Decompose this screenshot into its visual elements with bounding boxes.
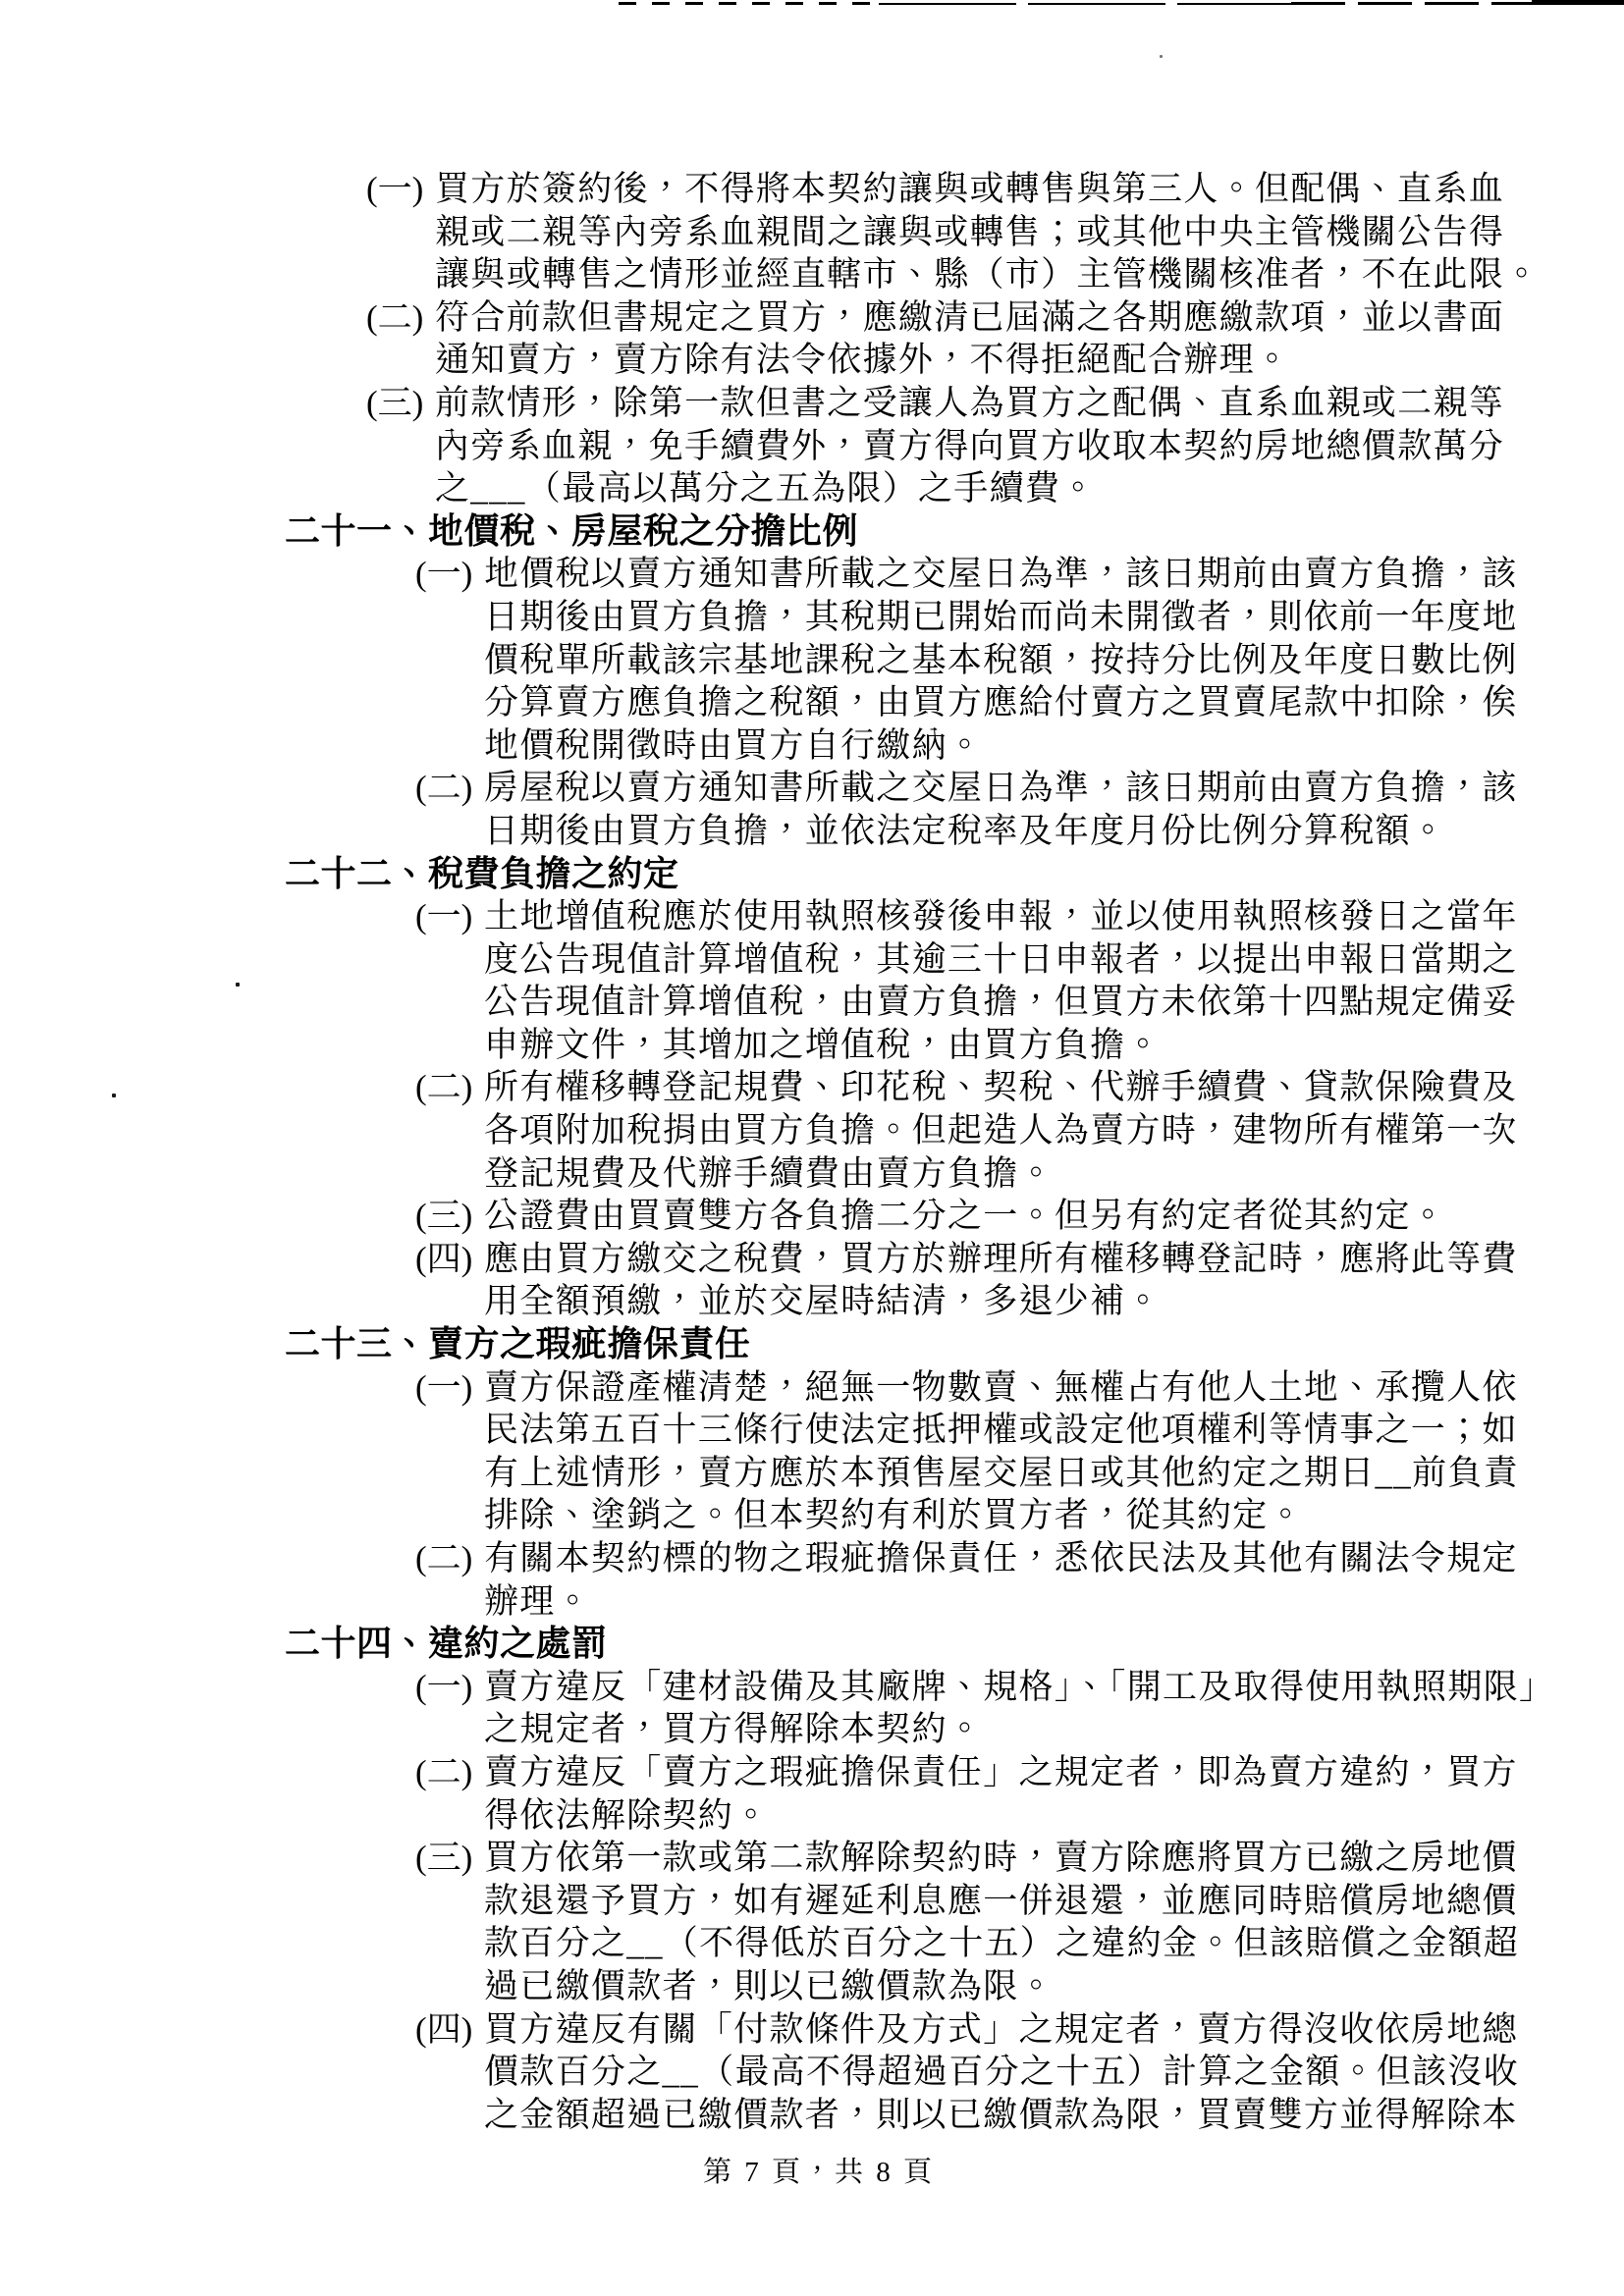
text-line: 買方於簽約後，不得將本契約讓與或轉售與第三人。但配偶、直系血 <box>435 168 1540 211</box>
text-line: 價稅單所載該宗基地課稅之基本稅額，按持分比例及年度日數比例 <box>484 639 1518 682</box>
item-label: (三) <box>415 1837 484 1880</box>
item-label: (二) <box>415 1066 484 1109</box>
text-line: 排除、塗銷之。但本契約有利於買方者，從其約定。 <box>484 1494 1519 1537</box>
text-line: 土地增值稅應於使用執照核發後申報，並以使用執照核發日之當年 <box>484 895 1518 938</box>
item-label: (二) <box>415 767 484 810</box>
item-lines: 土地增值稅應於使用執照核發後申報，並以使用執照核發日之當年度公告現值計算增值稅，… <box>484 895 1518 1066</box>
item-lines: 公證費由買賣雙方各負擔二分之一。但另有約定者從其約定。 <box>484 1195 1446 1238</box>
text-line: 讓與或轉售之情形並經直轄市、縣（市）主管機關核准者，不在此限。 <box>435 253 1540 296</box>
contract-item: (三)前款情形，除第一款但書之受讓人為買方之配偶、直系血親或二親等內旁系血親，免… <box>366 382 1624 510</box>
item-label: (一) <box>415 1366 484 1410</box>
text-line: 親或二親等內旁系血親間之讓與或轉售；或其他中央主管機關公告得 <box>435 211 1540 254</box>
section-heading: 二十三、賣方之瑕疵擔保責任 <box>285 1323 1624 1366</box>
contract-item: (一)賣方違反「建材設備及其廠牌、規格」、「開工及取得使用執照期限」之規定者，買… <box>415 1666 1624 1751</box>
section-heading: 二十一、地價稅、房屋稅之分擔比例 <box>285 510 1624 554</box>
text-line: 之___（最高以萬分之五為限）之手續費。 <box>435 467 1504 510</box>
text-line: 賣方保證產權清楚，絕無一物數賣、無權占有他人土地、承攬人依 <box>484 1366 1519 1410</box>
text-line: 賣方違反「賣方之瑕疵擔保責任」之規定者，即為賣方違約，買方 <box>484 1751 1518 1794</box>
item-label: (四) <box>415 2008 484 2052</box>
item-label: (一) <box>415 895 484 938</box>
text-line: 內旁系血親，免手續費外，賣方得向買方收取本契約房地總價款萬分 <box>435 425 1504 468</box>
contract-item: (一)土地增值稅應於使用執照核發後申報，並以使用執照核發日之當年度公告現值計算增… <box>415 895 1624 1066</box>
scan-artifact-top-dashes <box>619 2 879 5</box>
text-line: 民法第五百十三條行使法定抵押權或設定他項權利等情事之一；如 <box>484 1409 1519 1452</box>
item-lines: 賣方違反「賣方之瑕疵擔保責任」之規定者，即為賣方違約，買方得依法解除契約。 <box>484 1751 1518 1837</box>
text-line: 通知賣方，賣方除有法令依據外，不得拒絕配合辦理。 <box>435 339 1504 382</box>
contract-section: 二十一、地價稅、房屋稅之分擔比例(一)地價稅以賣方通知書所載之交屋日為準，該日期… <box>0 510 1624 853</box>
text-line: 應由買方繳交之稅費，買方於辦理所有權移轉登記時，應將此等費 <box>484 1238 1518 1281</box>
text-line: 款退還予買方，如有遲延利息應一併退還，並應同時賠償房地總價 <box>484 1880 1519 1923</box>
item-lines: 房屋稅以賣方通知書所載之交屋日為準，該日期前由賣方負擔，該日期後由買方負擔，並依… <box>484 767 1518 852</box>
item-lines: 有關本契約標的物之瑕疵擔保責任，悉依民法及其他有關法令規定辦理。 <box>484 1537 1518 1623</box>
contract-item: (二)符合前款但書規定之買方，應繳清已屆滿之各期應繳款項，並以書面通知賣方，賣方… <box>366 296 1624 382</box>
text-line: 款百分之__（不得低於百分之十五）之違約金。但該賠償之金額超 <box>484 1922 1519 1965</box>
item-label: (一) <box>366 168 435 211</box>
text-line: 買方違反有關「付款條件及方式」之規定者，賣方得沒收依房地總 <box>484 2008 1519 2052</box>
contract-page: (一)買方於簽約後，不得將本契約讓與或轉售與第三人。但配偶、直系血親或二親等內旁… <box>0 0 1624 2296</box>
text-line: 申辦文件，其增加之增值稅，由買方負擔。 <box>484 1024 1518 1067</box>
text-line: 買方依第一款或第二款解除契約時，賣方除應將買方已繳之房地價 <box>484 1837 1519 1880</box>
contract-section: 二十四、違約之處罰(一)賣方違反「建材設備及其廠牌、規格」、「開工及取得使用執照… <box>0 1623 1624 2136</box>
text-line: 過已繳價款者，則以已繳價款為限。 <box>484 1965 1519 2008</box>
text-line: 價款百分之__（最高不得超過百分之十五）計算之金額。但該沒收 <box>484 2051 1519 2094</box>
text-line: 賣方違反「建材設備及其廠牌、規格」、「開工及取得使用執照期限」 <box>484 1666 1554 1709</box>
text-line: 之金額超過已繳價款者，則以已繳價款為限，買賣雙方並得解除本 <box>484 2094 1519 2137</box>
text-line: 有關本契約標的物之瑕疵擔保責任，悉依民法及其他有關法令規定 <box>484 1537 1518 1580</box>
section-heading: 二十二、稅費負擔之約定 <box>285 853 1624 896</box>
item-label: (二) <box>415 1537 484 1580</box>
text-line: 地價稅以賣方通知書所載之交屋日為準，該日期前由賣方負擔，該 <box>484 553 1518 596</box>
contract-item: (二)房屋稅以賣方通知書所載之交屋日為準，該日期前由賣方負擔，該日期後由買方負擔… <box>415 767 1624 852</box>
contract-item: (三)買方依第一款或第二款解除契約時，賣方除應將買方已繳之房地價款退還予買方，如… <box>415 1837 1624 2007</box>
item-label: (二) <box>415 1751 484 1794</box>
item-label: (四) <box>415 1238 484 1281</box>
text-line: 登記規費及代辦手續費由賣方負擔。 <box>484 1152 1518 1196</box>
item-lines: 地價稅以賣方通知書所載之交屋日為準，該日期前由賣方負擔，該日期後由買方負擔，其稅… <box>484 553 1518 767</box>
text-line: 度公告現值計算增值稅，其逾三十日申報者，以提出申報日當期之 <box>484 938 1518 982</box>
text-line: 房屋稅以賣方通知書所載之交屋日為準，該日期前由賣方負擔，該 <box>484 767 1518 810</box>
contract-item: (一)賣方保證產權清楚，絕無一物數賣、無權占有他人土地、承攬人依民法第五百十三條… <box>415 1366 1624 1537</box>
contract-item: (二)有關本契約標的物之瑕疵擔保責任，悉依民法及其他有關法令規定辦理。 <box>415 1537 1624 1623</box>
item-lines: 前款情形，除第一款但書之受讓人為買方之配偶、直系血親或二親等內旁系血親，免手續費… <box>435 382 1504 510</box>
contract-item: (四)應由買方繳交之稅費，買方於辦理所有權移轉登記時，應將此等費用全額預繳，並於… <box>415 1238 1624 1323</box>
item-lines: 買方依第一款或第二款解除契約時，賣方除應將買方已繳之房地價款退還予買方，如有遲延… <box>484 1837 1519 2007</box>
text-line: 日期後由買方負擔，其稅期已開始而尚未開徵者，則依前一年度地 <box>484 596 1518 639</box>
item-label: (一) <box>415 553 484 596</box>
text-line: 之規定者，買方得解除本契約。 <box>484 1708 1554 1751</box>
text-line: 用全額預繳，並於交屋時結清，多退少補。 <box>484 1280 1518 1323</box>
item-label: (二) <box>366 296 435 340</box>
text-line: 得依法解除契約。 <box>484 1794 1518 1838</box>
contract-item: (一)買方於簽約後，不得將本契約讓與或轉售與第三人。但配偶、直系血親或二親等內旁… <box>366 168 1624 296</box>
scan-artifact-top-line <box>879 3 1291 5</box>
item-label: (一) <box>415 1666 484 1709</box>
text-line: 公證費由買賣雙方各負擔二分之一。但另有約定者從其約定。 <box>484 1195 1446 1238</box>
text-line: 地價稅開徵時由買方自行繳納。 <box>484 724 1518 768</box>
item-lines: 買方於簽約後，不得將本契約讓與或轉售與第三人。但配偶、直系血親或二親等內旁系血親… <box>435 168 1540 296</box>
contract-item: (二)所有權移轉登記規費、印花稅、契稅、代辦手續費、貸款保險費及各項附加稅捐由買… <box>415 1066 1624 1195</box>
text-line: 符合前款但書規定之買方，應繳清已屆滿之各期應繳款項，並以書面 <box>435 296 1504 340</box>
contract-item: (三)公證費由買賣雙方各負擔二分之一。但另有約定者從其約定。 <box>415 1195 1624 1238</box>
text-line: 有上述情形，賣方應於本預售屋交屋日或其他約定之期日__前負責 <box>484 1452 1519 1495</box>
text-line: 各項附加稅捐由買方負擔。但起造人為賣方時，建物所有權第一次 <box>484 1109 1518 1152</box>
section-heading: 二十四、違約之處罰 <box>285 1623 1624 1666</box>
text-line: 日期後由買方負擔，並依法定稅率及年度月份比例分算稅額。 <box>484 810 1518 853</box>
contract-section: 二十三、賣方之瑕疵擔保責任(一)賣方保證產權清楚，絕無一物數賣、無權占有他人土地… <box>0 1323 1624 1623</box>
text-line: 分算賣方應負擔之稅額，由買方應給付賣方之買賣尾款中扣除，俟 <box>484 681 1518 724</box>
contract-item: (二)賣方違反「賣方之瑕疵擔保責任」之規定者，即為賣方違約，買方得依法解除契約。 <box>415 1751 1624 1837</box>
item-lines: 符合前款但書規定之買方，應繳清已屆滿之各期應繳款項，並以書面通知賣方，賣方除有法… <box>435 296 1504 382</box>
contract-section: (一)買方於簽約後，不得將本契約讓與或轉售與第三人。但配偶、直系血親或二親等內旁… <box>0 168 1624 510</box>
scan-speck <box>1160 55 1163 58</box>
contract-body: (一)買方於簽約後，不得將本契約讓與或轉售與第三人。但配偶、直系血親或二親等內旁… <box>0 168 1624 2136</box>
item-lines: 賣方違反「建材設備及其廠牌、規格」、「開工及取得使用執照期限」之規定者，買方得解… <box>484 1666 1554 1751</box>
item-lines: 買方違反有關「付款條件及方式」之規定者，賣方得沒收依房地總價款百分之__（最高不… <box>484 2008 1519 2137</box>
item-lines: 應由買方繳交之稅費，買方於辦理所有權移轉登記時，應將此等費用全額預繳，並於交屋時… <box>484 1238 1518 1323</box>
text-line: 所有權移轉登記規費、印花稅、契稅、代辦手續費、貸款保險費及 <box>484 1066 1518 1109</box>
page-footer: 第 7 頁，共 8 頁 <box>703 2150 935 2190</box>
contract-item: (一)地價稅以賣方通知書所載之交屋日為準，該日期前由賣方負擔，該日期後由買方負擔… <box>415 553 1624 767</box>
item-lines: 所有權移轉登記規費、印花稅、契稅、代辦手續費、貸款保險費及各項附加稅捐由買方負擔… <box>484 1066 1518 1195</box>
text-line: 前款情形，除第一款但書之受讓人為買方之配偶、直系血親或二親等 <box>435 382 1504 425</box>
item-label: (三) <box>415 1195 484 1238</box>
text-line: 辦理。 <box>484 1580 1518 1624</box>
item-label: (三) <box>366 382 435 425</box>
text-line: 公告現值計算增值稅，由賣方負擔，但買方未依第十四點規定備妥 <box>484 981 1518 1024</box>
scan-artifact-top-corner <box>1532 0 1624 5</box>
contract-section: 二十二、稅費負擔之約定(一)土地增值稅應於使用執照核發後申報，並以使用執照核發日… <box>0 853 1624 1324</box>
item-lines: 賣方保證產權清楚，絕無一物數賣、無權占有他人土地、承攬人依民法第五百十三條行使法… <box>484 1366 1519 1537</box>
contract-item: (四)買方違反有關「付款條件及方式」之規定者，賣方得沒收依房地總價款百分之__（… <box>415 2008 1624 2137</box>
